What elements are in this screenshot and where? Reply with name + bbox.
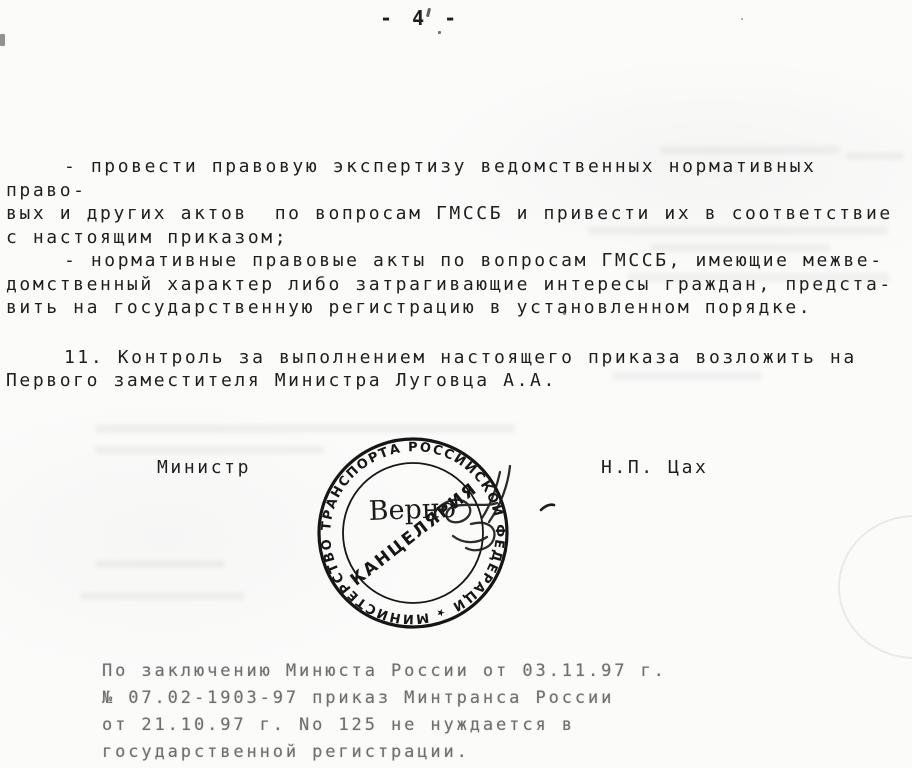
signature-title: Министр — [157, 457, 251, 478]
scan-artifact — [660, 146, 840, 154]
scan-speck — [741, 18, 743, 20]
scanned-document-page: - 4 - - провести правовую экспертизу вед… — [0, 0, 912, 768]
certification-verno-handwriting: Верно — [368, 493, 456, 527]
scan-artifact-arc — [838, 515, 912, 659]
paragraph-control-item-11: 11. Контроль за выполнением настоящего п… — [6, 346, 908, 393]
ministry-of-justice-registration-note: По заключению Минюста России от 03.11.97… — [102, 658, 742, 766]
page-number: - 4 - — [380, 6, 460, 30]
signatory-name: Н.П. Цах — [601, 457, 709, 478]
scan-speck — [438, 31, 441, 34]
scan-speck — [0, 34, 5, 46]
paragraph-state-registration: - нормативные правовые акты по вопросам … — [6, 249, 908, 320]
handwritten-dash — [541, 505, 554, 510]
scan-artifact — [95, 446, 325, 454]
stamp-ring-star: ★ — [434, 605, 446, 618]
official-round-stamp: ★ МИНИСТЕРСТВО ТРАНСПОРТА РОССИЙСКОЙ ФЕД… — [295, 420, 565, 650]
scan-artifact — [95, 560, 225, 568]
scan-artifact — [80, 592, 245, 600]
paragraph-legal-expertise: - провести правовую экспертизу ведомстве… — [6, 155, 908, 249]
document-body: - провести правовую экспертизу ведомстве… — [6, 155, 908, 393]
